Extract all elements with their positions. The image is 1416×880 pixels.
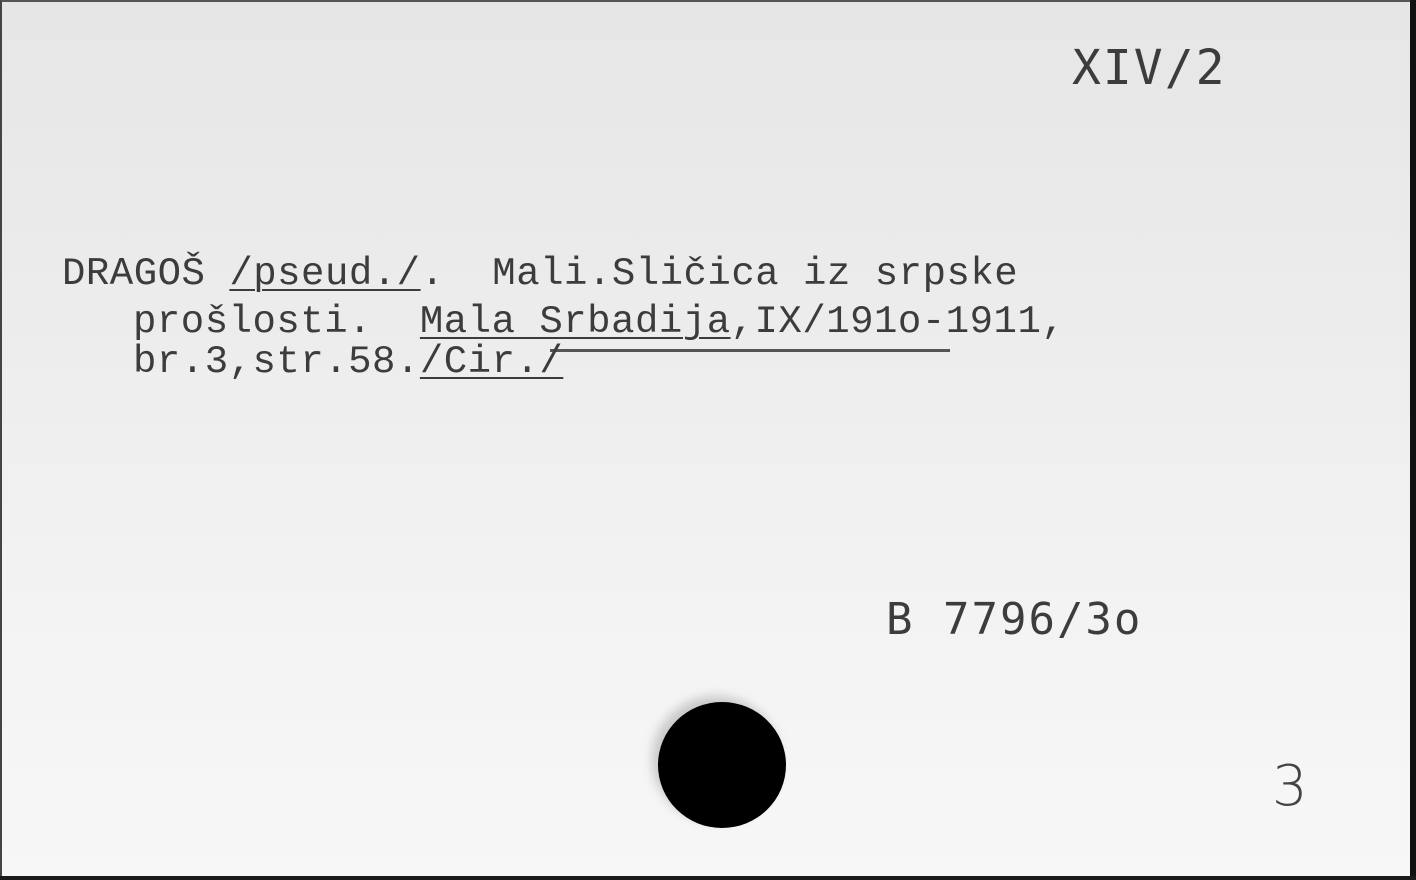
title-part-2: prošlosti. xyxy=(133,300,372,344)
entry-gap xyxy=(372,300,420,344)
entry-line-1: DRAGOŠ /pseud./. Mali.Sličica iz srpske xyxy=(62,252,1018,296)
punch-hole xyxy=(658,702,786,828)
author-name: DRAGOŠ xyxy=(62,252,205,296)
source-title: Mala Srbadija xyxy=(420,300,731,344)
call-number: B 7796/3o xyxy=(886,594,1142,645)
entry-line-3: br.3,str.58./Cir./ xyxy=(133,340,563,384)
title-part-1: Mali.Sličica iz srpske xyxy=(492,252,1018,296)
section-code: XIV/2 xyxy=(1072,40,1227,96)
handwritten-number: 3 xyxy=(1272,754,1308,819)
catalog-card: XIV/2 DRAGOŠ /pseud./. Mali.Sličica iz s… xyxy=(0,0,1410,876)
source-underline xyxy=(550,349,950,352)
card-edge-bottom xyxy=(0,876,1416,880)
entry-separator: . xyxy=(421,252,493,296)
entry-line-2: prošlosti. Mala Srbadija,IX/191o-1911, xyxy=(133,300,1065,344)
source-details: ,IX/191o-1911, xyxy=(731,300,1066,344)
issue-page: br.3,str.58. xyxy=(133,340,420,384)
pseudonym-note: /pseud./ xyxy=(229,252,420,296)
script-note: /Cir./ xyxy=(420,340,563,384)
card-edge-right xyxy=(1410,0,1416,880)
